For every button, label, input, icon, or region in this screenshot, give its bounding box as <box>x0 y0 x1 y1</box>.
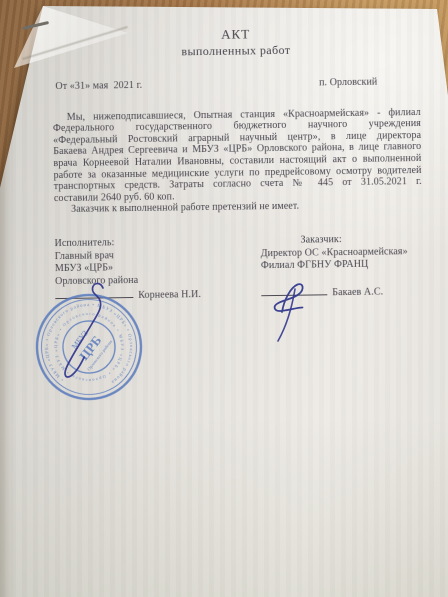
signature-line <box>261 284 327 296</box>
document-title: АКТ <box>52 25 420 44</box>
place-name: п. Орловский <box>319 77 377 89</box>
date-line: От «31» мая 2021 г. <box>55 80 142 93</box>
customer-role-label: Заказчик: <box>260 233 422 247</box>
executor-signature-name: Корнеева Н.И. <box>138 289 201 301</box>
customer-block: Заказчик: Директор ОС «Красноармейская» … <box>260 233 423 301</box>
customer-signature-name: Бакаев А.С. <box>332 286 383 298</box>
customer-signature-row: Бакаев А.С. <box>261 282 423 299</box>
date-place-row: От «31» мая 2021 г. п. Орловский <box>52 76 420 93</box>
body-paragraph: Мы, нижеподписавшиеся, Опытная станция «… <box>53 107 422 216</box>
customer-line: Филиал ФГБНУ ФРАНЦ <box>261 258 423 272</box>
document-body: АКТ выполненных работ От «31» мая 2021 г… <box>0 0 448 304</box>
document-subtitle: выполненных работ <box>52 42 420 60</box>
photo-frame: АКТ выполненных работ От «31» мая 2021 г… <box>0 0 448 597</box>
